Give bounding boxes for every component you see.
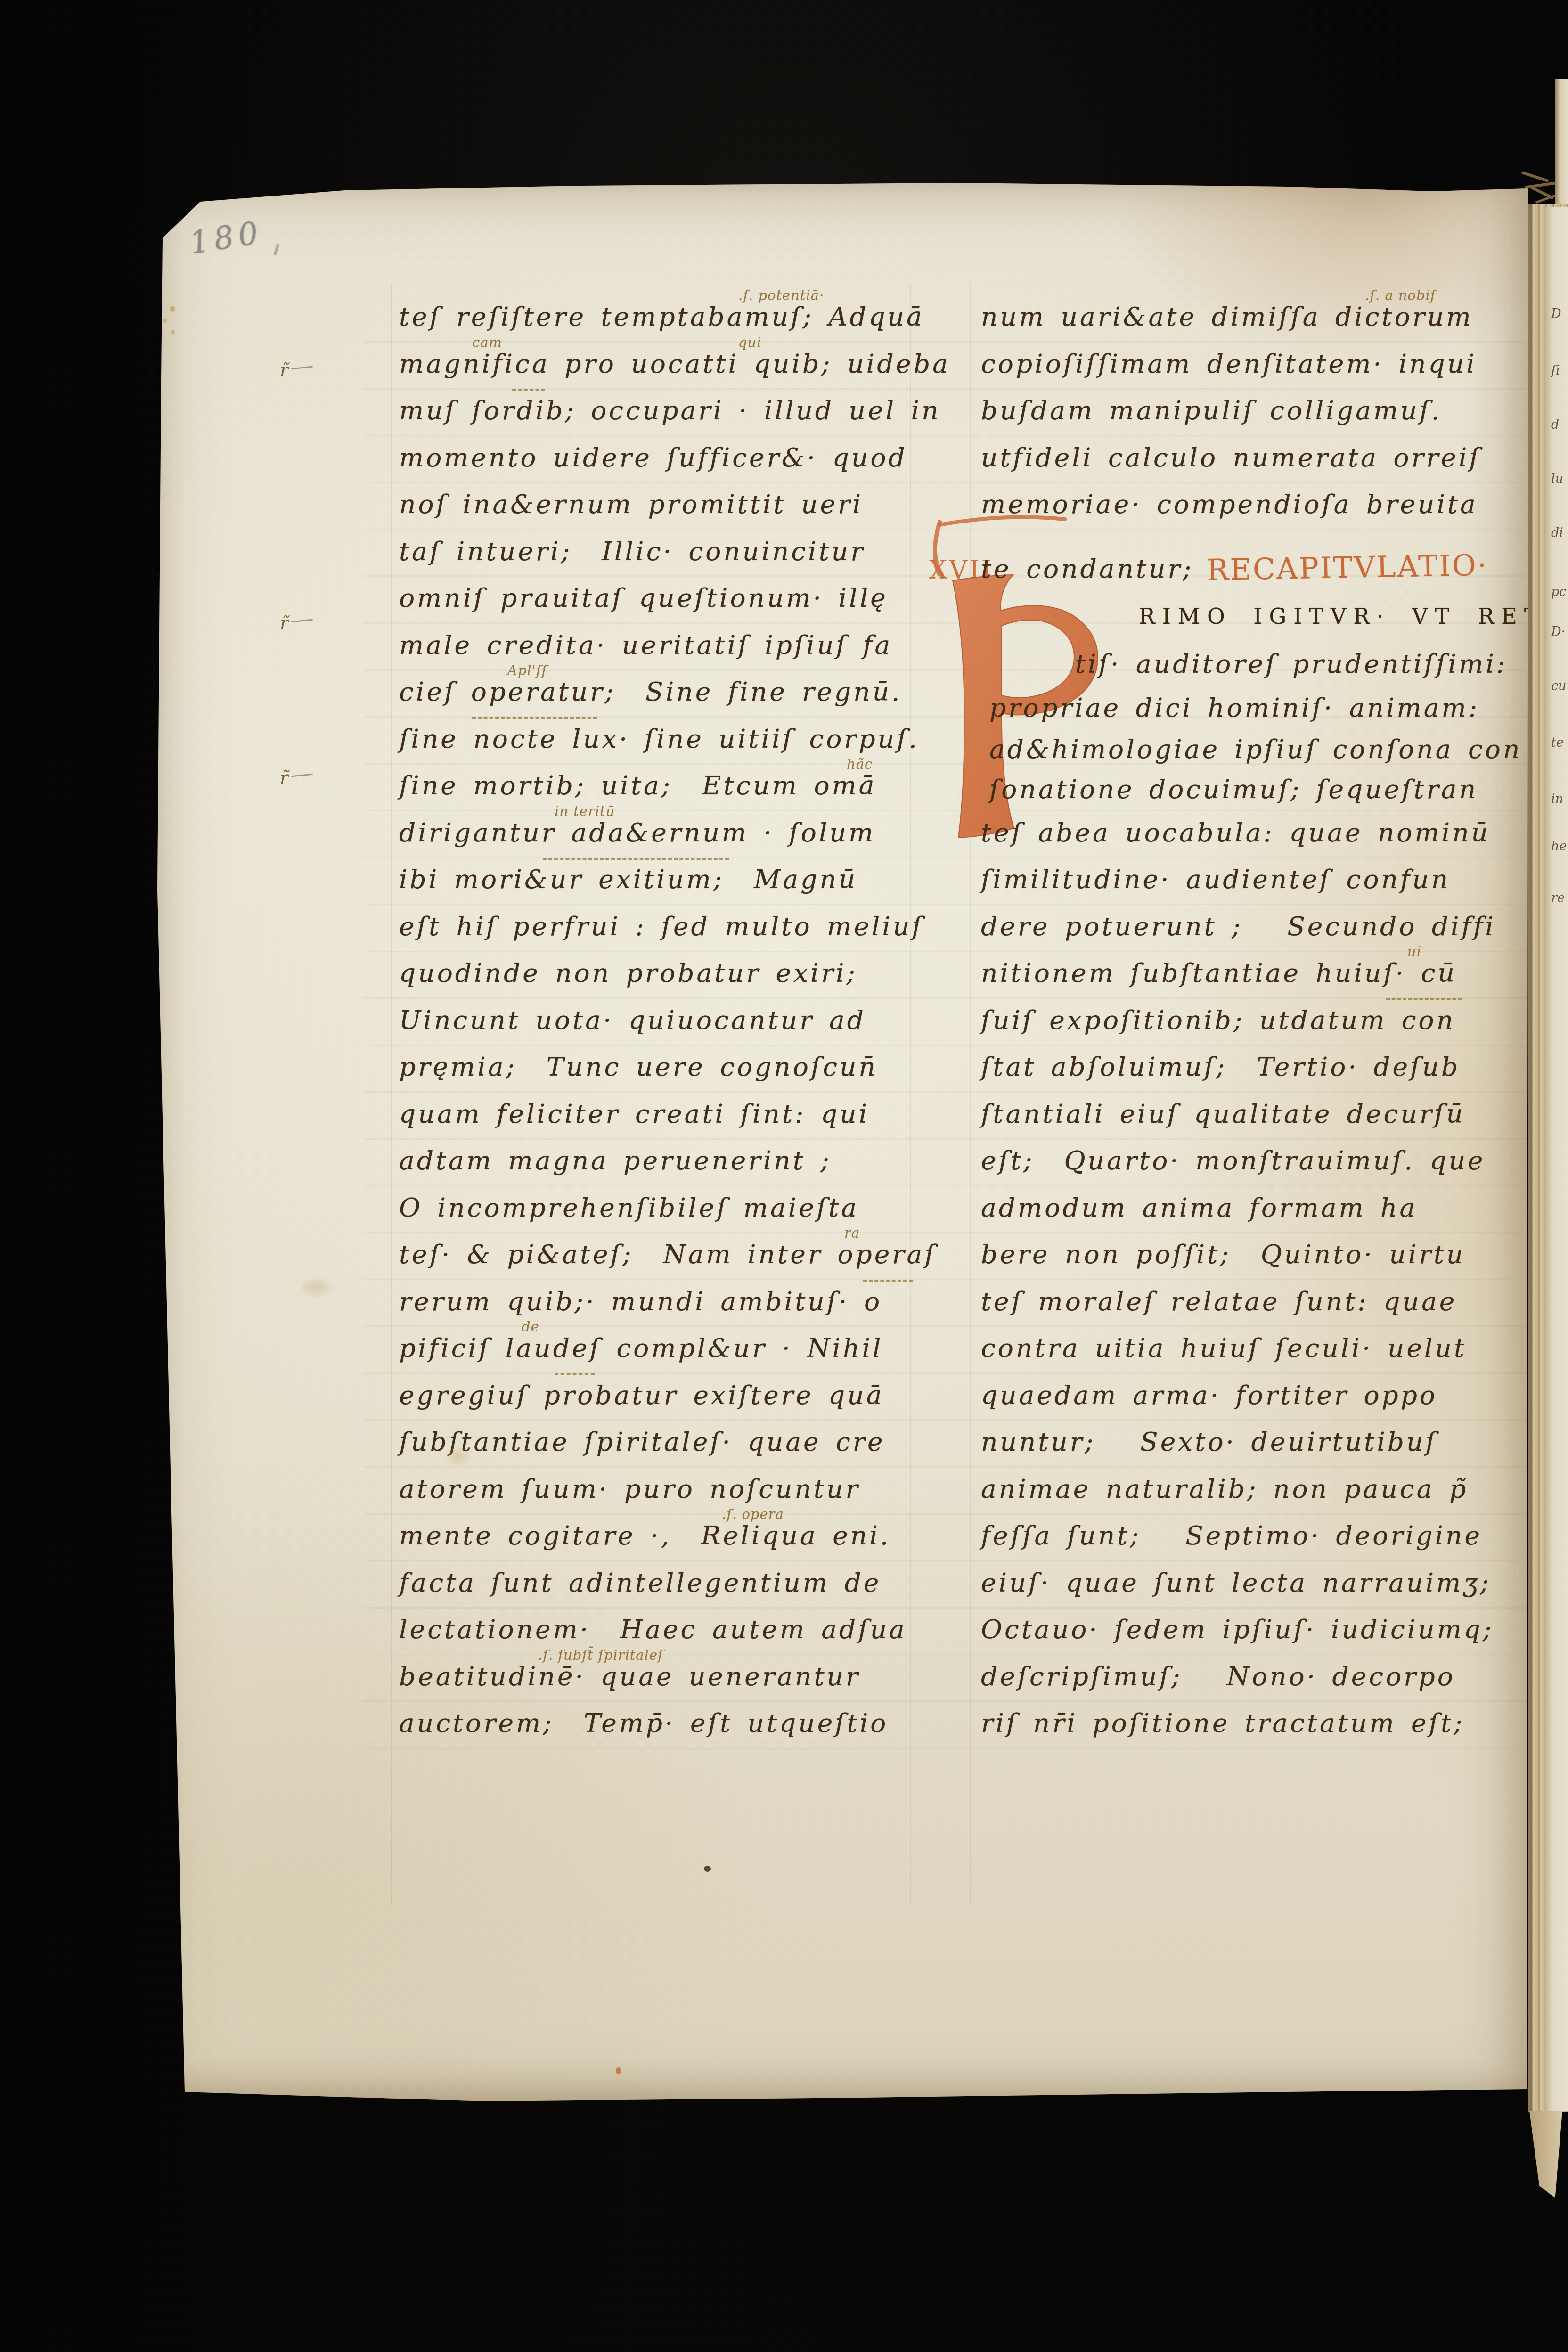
line-text: teſ· & pi&ateſ; Nam inter operaſ <box>399 1239 937 1269</box>
line-text: omniſ prauitaſ queſtionum· illę <box>399 583 888 613</box>
manuscript-line: atorem ſuum· puro noſcuntur <box>399 1474 860 1521</box>
line-text: ſtantiali eiuſ qualitate decurſū <box>981 1099 1465 1129</box>
line-text: dirigantur ada&ernum · ſolum <box>399 817 875 848</box>
correction-underline <box>472 717 597 719</box>
next-folio-letter: in <box>1551 792 1563 807</box>
margin-nota-mark: r̃ <box>280 359 288 380</box>
margin-nota-mark: r̃ <box>280 612 288 633</box>
line-text: RIMO IGITVR· VT RETINE <box>1139 604 1568 629</box>
line-text: atorem ſuum· puro noſcuntur <box>399 1474 860 1504</box>
line-text: ſuiſ expoſitionib; utdatum con <box>981 1005 1455 1035</box>
line-text: facta ſunt adintellegentium de <box>399 1568 881 1598</box>
line-text: egregiuſ probatur exiſtere quā <box>399 1380 884 1410</box>
line-text: pificiſ laudeſ compl&ur · Nihil <box>399 1333 883 1363</box>
line-text: admodum anima formam ha <box>981 1192 1417 1223</box>
line-text: bere non poſſit; Quinto· uirtu <box>981 1239 1465 1269</box>
manuscript-line: contra uitia huiuſ ſeculi· uelut <box>981 1333 1467 1380</box>
manuscript-line: rerum quib;· mundi ambituſ· o <box>399 1286 882 1333</box>
manuscript-line: ſonatione docuimuſ; ſequeſtran <box>989 774 1478 821</box>
line-text: memoriae· compendioſa breuita <box>981 489 1478 519</box>
interlinear-gloss: .ſ. potentiā· <box>738 287 824 303</box>
next-folio-letter: lu <box>1551 472 1563 486</box>
line-text: ad&himologiae ipſiuſ conſona con <box>989 734 1522 764</box>
text-column-right: .ſ. a nobiſnum uari&ate dimiſſa dictorum… <box>981 302 1518 1875</box>
line-text: taſ intueri; Illic· conuincitur <box>399 536 865 566</box>
manuscript-line: adtam magna peruenerint ; <box>399 1145 832 1192</box>
line-text: buſdam manipuliſ colligamuſ. <box>981 395 1442 425</box>
manuscript-line: uinitionem ſubſtantiae huiuſ· cū <box>981 958 1457 1005</box>
endband-threads <box>1518 171 1561 208</box>
manuscript-line: facta ſunt adintellegentium de <box>399 1568 881 1615</box>
line-text: beatitudinē· quae uenerantur <box>399 1661 860 1691</box>
interlinear-gloss: in teritū <box>555 803 615 819</box>
next-folio-letter: D <box>1551 307 1561 321</box>
manuscript-line: ſubſtantiae ſpiritaleſ· quae cre <box>399 1427 885 1474</box>
manuscript-line: O incomprehenſibileſ maieſta <box>399 1192 859 1240</box>
line-text: teſ reſiſtere temptabamuſ; Adquā <box>399 302 924 332</box>
line-text: ſine nocte lux· ſine uitiiſ corpuſ. <box>399 724 919 754</box>
interlinear-gloss: .ſ. opera <box>722 1506 784 1522</box>
line-text: teſ moraleſ relatae ſunt: quae <box>981 1286 1457 1316</box>
manuscript-line: pręmia; Tunc uere cognoſcun̄ <box>399 1052 878 1099</box>
manuscript-line: te condantur;RECAPITVLATIO· <box>981 550 1488 597</box>
next-folio-letter: D· <box>1551 625 1565 639</box>
rubric-recapitulatio: RECAPITVLATIO· <box>1207 547 1489 587</box>
ink-speck <box>704 1866 711 1872</box>
manuscript-line: teſ moraleſ relatae ſunt: quae <box>981 1286 1457 1333</box>
manuscript-line: quaedam arma· fortiter oppo <box>981 1380 1437 1427</box>
line-text: pręmia; Tunc uere cognoſcun̄ <box>399 1052 878 1082</box>
manuscript-line: ſimilitudine· audienteſ confun <box>981 864 1450 911</box>
folio-number-pencil: 180 <box>187 214 265 261</box>
manuscript-line: eſt; Quarto· monſtrauimuſ. que <box>981 1145 1486 1192</box>
manuscript-line: ſtantiali eiuſ qualitate decurſū <box>981 1099 1465 1146</box>
line-text: te condantur; <box>981 554 1193 584</box>
next-folio-letter: re <box>1551 891 1565 906</box>
line-text: auctorem; Temp̄· eſt utqueſtio <box>399 1708 888 1738</box>
manuscript-line: auctorem; Temp̄· eſt utqueſtio <box>399 1708 888 1755</box>
line-text: cieſ operatur; Sine fine regnū. <box>399 677 902 707</box>
correction-underline <box>512 389 545 391</box>
line-text: nitionem ſubſtantiae huiuſ· cū <box>981 958 1457 988</box>
correction-underline <box>863 1280 913 1282</box>
line-text: magnifica pro uocatti quib; uideba <box>399 349 950 379</box>
manuscript-line: hãcſine mortib; uita; Etcum omā <box>399 770 876 817</box>
manuscript-line: deſcripſimuſ; Nono· decorpo <box>981 1661 1455 1708</box>
manuscript-line: ibi mori&ur exitium; Magnū <box>399 864 857 911</box>
line-text: dere potuerunt ; Secundo diffi <box>981 911 1496 941</box>
manuscript-line: ſtat abſoluimuſ; Tertio· deſub <box>981 1052 1460 1099</box>
manuscript-line: Uincunt uota· quiuocantur ad <box>399 1005 866 1052</box>
interlinear-gloss: qui <box>738 335 762 351</box>
line-text: eiuſ· quae ſunt lecta narrauimʒ; <box>981 1568 1491 1598</box>
manuscript-line: utfideli calculo numerata orreiſ <box>981 442 1481 490</box>
manuscript-line: noſ ina&ernum promittit ueri <box>399 489 863 536</box>
next-folio-letter: cu <box>1551 679 1567 694</box>
line-text: contra uitia huiuſ ſeculi· uelut <box>981 1333 1467 1363</box>
line-text: copioſiſſimam denſitatem· inqui <box>981 349 1477 379</box>
fox-spot <box>170 306 175 312</box>
line-text: teſ abea uocabula: quae nominū <box>981 817 1490 848</box>
manuscript-line: eiuſ· quae ſunt lecta narrauimʒ; <box>981 1568 1491 1615</box>
manuscript-line: taſ intueri; Illic· conuincitur <box>399 536 865 583</box>
line-text: muſ ſordib; occupari · illud uel in <box>399 395 941 425</box>
text-column-left: .ſ. potentiā·teſ reſiſtere temptabamuſ; … <box>399 302 936 1875</box>
manuscript-page: 180 XVII· P .ſ. potentiā·teſ reſiſtere t… <box>156 183 1528 2101</box>
manuscript-line: admodum anima formam ha <box>981 1192 1417 1240</box>
manuscript-line: camquimagnifica pro uocatti quib; uideba <box>399 349 950 396</box>
line-text: mente cogitare ·, Reliqua eni. <box>399 1520 890 1551</box>
interlinear-gloss: ui <box>1407 944 1421 960</box>
pencil-flick-mark <box>273 243 280 256</box>
line-text: riſ nr̄i poſitione tractatum eſt; <box>981 1708 1465 1738</box>
next-folio-letter: he <box>1551 839 1567 854</box>
line-text: animae naturalib; non pauca p̃ <box>981 1474 1468 1504</box>
manuscript-line: .ſ. ſubſt̄ ſpiritaleſbeatitudinē· quae u… <box>399 1661 860 1708</box>
line-text: ſimilitudine· audienteſ confun <box>981 864 1450 894</box>
next-folio-letter: te <box>1551 735 1564 750</box>
correction-underline <box>1386 998 1462 1000</box>
manuscript-line: ſine nocte lux· ſine uitiiſ corpuſ. <box>399 724 919 771</box>
next-folio-letter: ſi <box>1551 363 1560 378</box>
manuscript-line: nuntur; Sexto· deuirtutibuſ <box>981 1427 1437 1474</box>
manuscript-line: rateſ· & pi&ateſ; Nam inter operaſ <box>399 1239 937 1286</box>
next-folio-letter: di <box>1551 526 1563 540</box>
manuscript-line: buſdam manipuliſ colligamuſ. <box>981 395 1442 442</box>
line-text: Uincunt uota· quiuocantur ad <box>399 1005 866 1035</box>
interlinear-gloss: ra <box>844 1225 860 1241</box>
manuscript-line: tiſ· auditoreſ prudentiſſimi: <box>1075 649 1507 696</box>
line-text: Octauo· ſedem ipſiuſ· iudiciumq; <box>981 1614 1494 1644</box>
line-text: ſtat abſoluimuſ; Tertio· deſub <box>981 1052 1460 1082</box>
manuscript-line: feſſa ſunt; Septimo· deorigine <box>981 1520 1482 1568</box>
manuscript-line: Apl'ſſcieſ operatur; Sine fine regnū. <box>399 677 902 724</box>
line-text: adtam magna peruenerint ; <box>399 1145 832 1176</box>
line-text: nuntur; Sexto· deuirtutibuſ <box>981 1427 1437 1457</box>
correction-underline <box>543 858 729 860</box>
interlinear-gloss: .ſ. ſubſt̄ ſpiritaleſ <box>538 1647 663 1663</box>
interlinear-gloss: Apl'ſſ <box>507 662 547 678</box>
fox-spot <box>163 318 167 323</box>
manuscript-line: in teritūdirigantur ada&ernum · ſolum <box>399 817 875 865</box>
manuscript-line: eſt hiſ perfrui : ſed multo meliuſ <box>399 911 924 958</box>
initial-letter-value: P <box>156 183 157 183</box>
interlinear-gloss: hãc <box>847 756 873 772</box>
manuscript-line: egregiuſ probatur exiſtere quā <box>399 1380 884 1427</box>
incipit-capitals-line: RIMO IGITVR· VT RETINE <box>1139 604 1568 651</box>
manuscript-line: .ſ. operamente cogitare ·, Reliqua eni. <box>399 1520 890 1568</box>
line-text: eſt; Quarto· monſtrauimuſ. que <box>981 1145 1486 1176</box>
manuscript-line: depificiſ laudeſ compl&ur · Nihil <box>399 1333 883 1380</box>
manuscript-line: ſuiſ expoſitionib; utdatum con <box>981 1005 1455 1052</box>
line-text: male credita· ueritatiſ ipſiuſ fa <box>399 630 892 660</box>
line-text: ſine mortib; uita; Etcum omā <box>399 770 876 800</box>
manuscript-line: riſ nr̄i poſitione tractatum eſt; <box>981 1708 1465 1755</box>
line-text: O incomprehenſibileſ maieſta <box>399 1192 859 1223</box>
line-text: ſubſtantiae ſpiritaleſ· quae cre <box>399 1427 885 1457</box>
photograph-background: { "folio": { "number_pencil": "180" }, "… <box>0 0 1568 2352</box>
next-folio-edge <box>1544 207 1568 2111</box>
manuscript-line: quodinde non probatur exiri; <box>399 958 857 1005</box>
manuscript-line: copioſiſſimam denſitatem· inqui <box>981 349 1477 396</box>
margin-nota-mark: r̃ <box>280 767 288 788</box>
manuscript-line: animae naturalib; non pauca p̃ <box>981 1474 1468 1521</box>
manuscript-line: quam feliciter creati ſint: qui <box>399 1099 869 1146</box>
interlinear-gloss: de <box>522 1319 539 1335</box>
line-text: num uari&ate dimiſſa dictorum <box>981 302 1473 332</box>
stain <box>444 1445 472 1467</box>
line-text: deſcripſimuſ; Nono· decorpo <box>981 1661 1455 1691</box>
fore-edge-bottom-corner <box>1529 2111 1562 2198</box>
line-text: eſt hiſ perfrui : ſed multo meliuſ <box>399 911 924 941</box>
stain <box>298 1276 335 1299</box>
manuscript-line: omniſ prauitaſ queſtionum· illę <box>399 583 888 630</box>
manuscript-line: memoriae· compendioſa breuita <box>981 489 1478 536</box>
line-text: utfideli calculo numerata orreiſ <box>981 442 1481 473</box>
line-text: lectationem· Haec autem adſua <box>399 1614 907 1644</box>
interlinear-gloss: cam <box>472 335 502 351</box>
line-text: rerum quib;· mundi ambituſ· o <box>399 1286 882 1316</box>
line-text: quam feliciter creati ſint: qui <box>399 1099 869 1129</box>
manuscript-line: teſ abea uocabula: quae nominū <box>981 817 1490 865</box>
manuscript-line: .ſ. a nobiſnum uari&ate dimiſſa dictorum <box>981 302 1473 349</box>
fox-spot <box>171 330 175 335</box>
line-text: feſſa ſunt; Septimo· deorigine <box>981 1520 1482 1551</box>
manuscript-line: Octauo· ſedem ipſiuſ· iudiciumq; <box>981 1614 1494 1661</box>
next-folio-letter: pc <box>1551 585 1566 599</box>
line-text: momento uidere ſufficer&· quod <box>399 442 907 473</box>
manuscript-line: propriae dici hominiſ· animam: <box>989 693 1479 740</box>
line-text: tiſ· auditoreſ prudentiſſimi: <box>1075 649 1507 679</box>
manuscript-line: momento uidere ſufficer&· quod <box>399 442 907 490</box>
next-folio-letter: d <box>1551 417 1559 432</box>
line-text: propriae dici hominiſ· animam: <box>989 693 1479 723</box>
manuscript-line: bere non poſſit; Quinto· uirtu <box>981 1239 1465 1286</box>
line-text: ſonatione docuimuſ; ſequeſtran <box>989 774 1478 804</box>
line-text: ibi mori&ur exitium; Magnū <box>399 864 857 894</box>
manuscript-line: male credita· ueritatiſ ipſiuſ fa <box>399 630 892 677</box>
correction-underline <box>555 1373 595 1375</box>
line-text: quaedam arma· fortiter oppo <box>981 1380 1437 1410</box>
manuscript-line: muſ ſordib; occupari · illud uel in <box>399 395 941 442</box>
pigment-fleck <box>616 2067 621 2074</box>
line-text: noſ ina&ernum promittit ueri <box>399 489 863 519</box>
line-text: quodinde non probatur exiri; <box>399 958 857 988</box>
interlinear-gloss: .ſ. a nobiſ <box>1365 287 1436 303</box>
